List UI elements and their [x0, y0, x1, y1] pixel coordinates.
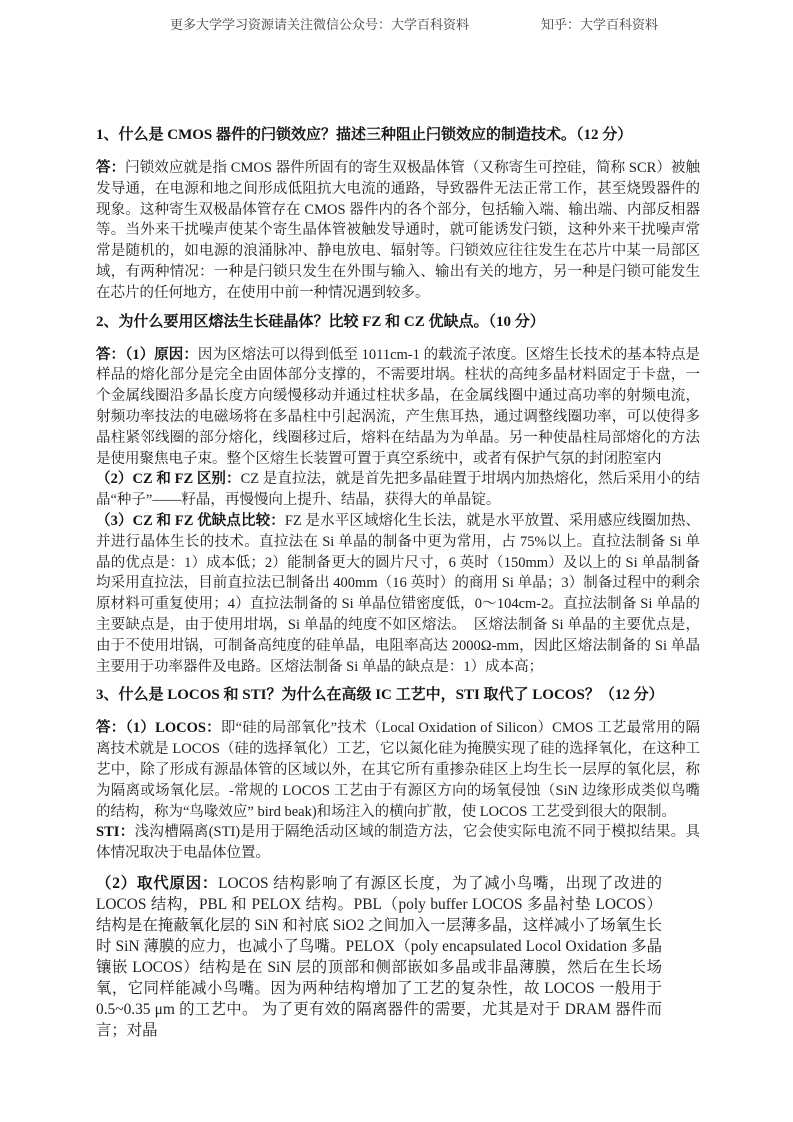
- answer-2-paragraph-difference: （2）CZ 和 FZ 区别：CZ 是直拉法，就是首先把多晶硅置于坩埚内加热熔化，…: [96, 469, 700, 511]
- answer-3-sti-label: STI：: [96, 824, 135, 840]
- answer-2-reason-text: 因为区熔法可以得到低至 1011cm-1 的载流子浓度。区熔生长技术的基本特点是…: [96, 347, 700, 467]
- question-3-title: 3、什么是 LOCOS 和 STI？为什么在高级 IC 工艺中，STI 取代了 …: [96, 686, 700, 705]
- answer-3: 答：（1）LOCOS：即“硅的局部氧化”技术（Local Oxidation o…: [96, 718, 700, 864]
- answer-2-reason-label: 答：（1）原因：: [96, 347, 198, 363]
- document-page: 更多大学学习资源请关注微信公众号：大学百科资料 知乎：大学百科资料 1、什么是 …: [0, 0, 793, 1122]
- answer-1: 答：闩锁效应就是指 CMOS 器件所固有的寄生双极晶体管（又称寄生可控硅，简称 …: [96, 158, 700, 304]
- answer-3-replacement-label: （2）取代原因：: [96, 875, 218, 892]
- answer-3-locos-label: 答：（1）LOCOS：: [96, 720, 221, 736]
- answer-2-comparison-label: （3）CZ 和 FZ 优缺点比较：: [96, 513, 285, 529]
- document-body: 1、什么是 CMOS 器件的闩锁效应？描述三种阻止闩锁效应的制造技术。（12 分…: [96, 31, 700, 1041]
- answer-3-sti-text: 浅沟槽隔离(STI)是用于隔绝活动区域的制造方法，它会使实际电流不同于模拟结果。…: [96, 824, 700, 861]
- answer-1-paragraph: 答：闩锁效应就是指 CMOS 器件所固有的寄生双极晶体管（又称寄生可控硅，简称 …: [96, 158, 700, 304]
- answer-2-comparison-text: FZ 是水平区域熔化生长法，就是水平放置、采用感应线圈加热、并进行晶体生长的技术…: [96, 513, 700, 675]
- answer-3-replacement-block: （2）取代原因：LOCOS 结构影响了有源区长度，为了减小鸟嘴，出现了改进的 L…: [96, 873, 662, 1041]
- answer-1-label: 答：: [96, 160, 125, 176]
- answer-3-paragraph-sti: STI：浅沟槽隔离(STI)是用于隔绝活动区域的制造方法，它会使实际电流不同于模…: [96, 822, 700, 864]
- answer-1-text: 闩锁效应就是指 CMOS 器件所固有的寄生双极晶体管（又称寄生可控硅，简称 SC…: [96, 160, 700, 301]
- question-2-title: 2、为什么要用区熔法生长硅晶体？比较 FZ 和 CZ 优缺点。（10 分）: [96, 313, 700, 332]
- answer-2-paragraph-reason: 答：（1）原因：因为区熔法可以得到低至 1011cm-1 的载流子浓度。区熔生长…: [96, 345, 700, 470]
- answer-2: 答：（1）原因：因为区熔法可以得到低至 1011cm-1 的载流子浓度。区熔生长…: [96, 345, 700, 678]
- question-1-title: 1、什么是 CMOS 器件的闩锁效应？描述三种阻止闩锁效应的制造技术。（12 分…: [96, 126, 700, 145]
- answer-3-paragraph-replacement: （2）取代原因：LOCOS 结构影响了有源区长度，为了减小鸟嘴，出现了改进的 L…: [96, 873, 662, 1041]
- answer-2-difference-label: （2）CZ 和 FZ 区别：: [96, 471, 241, 487]
- page-header: 更多大学学习资源请关注微信公众号：大学百科资料 知乎：大学百科资料: [0, 0, 793, 33]
- answer-2-paragraph-comparison: （3）CZ 和 FZ 优缺点比较：FZ 是水平区域熔化生长法，就是水平放置、采用…: [96, 511, 700, 677]
- answer-3-replacement-text: LOCOS 结构影响了有源区长度，为了减小鸟嘴，出现了改进的 LOCOS 结构，…: [96, 875, 662, 1039]
- answer-3-paragraph-locos: 答：（1）LOCOS：即“硅的局部氧化”技术（Local Oxidation o…: [96, 718, 700, 822]
